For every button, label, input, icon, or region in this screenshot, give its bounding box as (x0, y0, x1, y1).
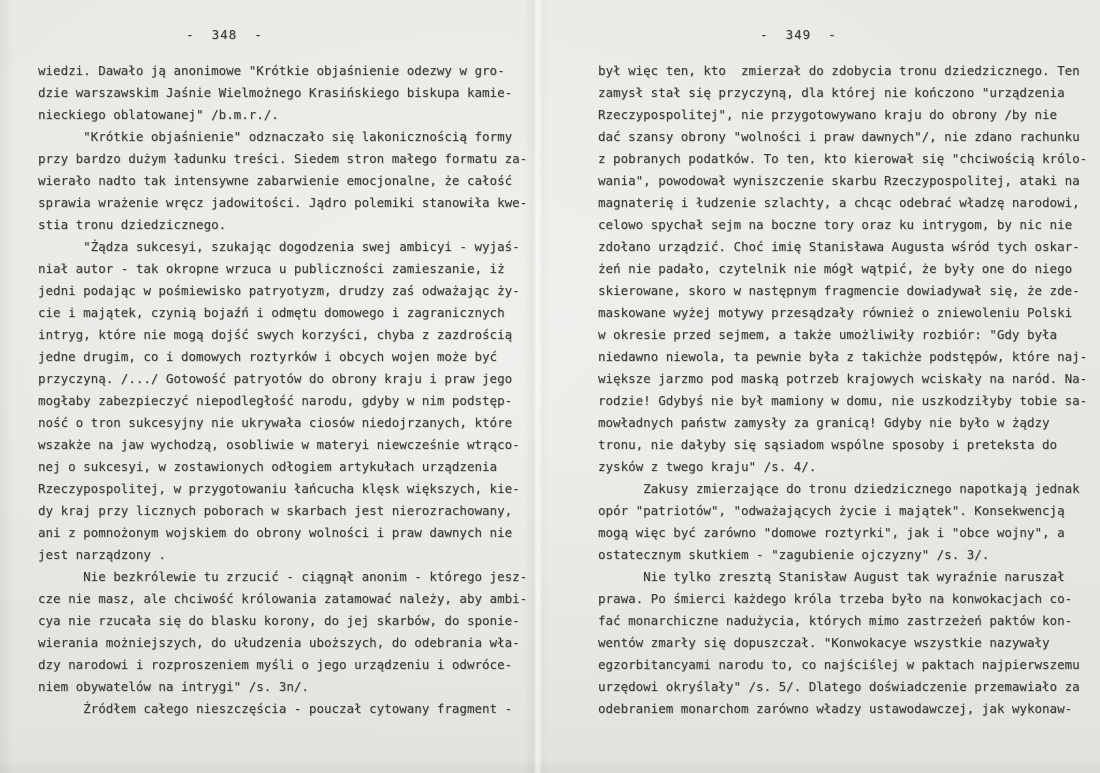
text-line: wszakże na jaw wychodzą, osobliwie w mat… (38, 434, 527, 456)
page-number-right: - 349 - (760, 27, 837, 42)
text-line: sprawia wrażenie wręcz jadowitości. Jądr… (38, 192, 527, 214)
page-fold (524, 0, 548, 773)
text-line: nieckiego oblatowanej" /b.m.r./. (38, 104, 527, 126)
text-line: tronu, nie dałyby się sąsiadom wspólne s… (598, 434, 1087, 456)
text-line: wierania możniejszych, do ułudzenia uboż… (38, 632, 527, 654)
text-line: ność o tron sukcesyjny nie ukrywała cios… (38, 412, 527, 434)
text-line: zamysł stał się przyczyną, dla której ni… (598, 82, 1087, 104)
text-line: Zakusy zmierzające do tronu dziedziczneg… (598, 478, 1087, 500)
text-line: urzędowi okryślały" /s. 5/. Dlatego dośw… (598, 676, 1087, 698)
left-edge-shadow (0, 0, 14, 773)
text-line: wania", powodował wyniszczenie skarbu Rz… (598, 170, 1087, 192)
text-line: w okresie przed sejmem, a także umożliwi… (598, 324, 1087, 346)
text-line: jedne drugim, co i domowych roztyrków i … (38, 346, 527, 368)
text-line: niem obywatelów na intrygi" /s. 3n/. (38, 676, 527, 698)
text-line: rodzie! Gdybyś nie był mamiony w domu, n… (598, 390, 1087, 412)
text-line: dać szansy obrony "wolności i praw dawny… (598, 126, 1087, 148)
text-line: cie i majątek, czynią bojaźń i odmętu do… (38, 302, 527, 324)
text-line: prawa. Po śmierci każdego króla trzeba b… (598, 588, 1087, 610)
text-line: jest narządzony . (38, 544, 527, 566)
text-line: dzie warszawskim Jaśnie Wielmożnego Kras… (38, 82, 527, 104)
text-line: niedawno niewola, ta pewnie była z takic… (598, 346, 1087, 368)
text-line: większe jarzmo pod maską potrzeb krajowy… (598, 368, 1087, 390)
text-line: ostatecznym skutkiem - "zagubienie ojczy… (598, 544, 1087, 566)
page-349-text: był więc ten, kto zmierzał do zdobycia t… (598, 60, 1087, 720)
text-line: cze nie masz, ale chciwość królowania za… (38, 588, 527, 610)
text-line: opór "patriotów", "odważających życie i … (598, 500, 1087, 522)
text-line: stia tronu dziedzicznego. (38, 214, 527, 236)
text-line: Nie tylko zresztą Stanisław August tak w… (598, 566, 1087, 588)
book-scan: - 348 - wiedzi. Dawało ją anonimowe "Kró… (0, 0, 1100, 773)
text-line: cya nie rzucała się do blasku korony, do… (38, 610, 527, 632)
text-line: wentów zmarły się dopuszczał. "Konwokacy… (598, 632, 1087, 654)
text-line: maskowane wyżej motywy przesądzały równi… (598, 302, 1087, 324)
page-348-text: wiedzi. Dawało ją anonimowe "Krótkie obj… (38, 60, 527, 720)
text-line: wierało nadto tak intensywne zabarwienie… (38, 170, 527, 192)
text-line: niał autor - tak okropne wrzuca u public… (38, 258, 527, 280)
text-line: mogą więc być zarówno "domowe roztyrki",… (598, 522, 1087, 544)
text-line: Nie bezkrólewie tu zrzucić - ciągnął ano… (38, 566, 527, 588)
text-line: był więc ten, kto zmierzał do zdobycia t… (598, 60, 1087, 82)
text-line: z pobranych podatków. To ten, kto kierow… (598, 148, 1087, 170)
text-line: intryg, które nie mogą dojść swych korzy… (38, 324, 527, 346)
text-line: ani z pomnożonym wojskiem do obrony woln… (38, 522, 527, 544)
text-line: nej o sukcesyi, w zostawionych odłogiem … (38, 456, 527, 478)
text-line: egzorbitancyami narodu to, co najściślej… (598, 654, 1087, 676)
text-line: Rzeczypospolitej, w przygotowaniu łańcuc… (38, 478, 527, 500)
page-number-left: - 348 - (186, 27, 263, 42)
text-line: Źródłem całego nieszczęścia - pouczał cy… (38, 698, 527, 720)
text-line: dy kraj przy licznych poborach w skarbac… (38, 500, 527, 522)
text-line: magnaterię i łudzenie szlachty, a chcąc … (598, 192, 1087, 214)
text-line: dzy narodowi i rozproszeniem myśli o jeg… (38, 654, 527, 676)
text-line: jedni podając w pośmiewisko patryotyzm, … (38, 280, 527, 302)
text-line: odebraniem monarchom zarówno władzy usta… (598, 698, 1087, 720)
text-line: "Żądza sukcesyi, szukając dogodzenia swe… (38, 236, 527, 258)
text-line: Rzeczypospolitej", nie przygotowywano kr… (598, 104, 1087, 126)
bottom-edge-shadow (0, 757, 1100, 773)
text-line: celowo spychał sejm na boczne tory oraz … (598, 214, 1087, 236)
text-line: "Krótkie objaśnienie" odznaczało się lak… (38, 126, 527, 148)
text-line: wiedzi. Dawało ją anonimowe "Krótkie obj… (38, 60, 527, 82)
text-line: mowładnych państw zamysły za granicą! Gd… (598, 412, 1087, 434)
text-line: przyczyną. /.../ Gotowość patryotów do o… (38, 368, 527, 390)
text-line: fać monarchiczne nadużycia, których mimo… (598, 610, 1087, 632)
text-line: żeń nie padało, czytelnik nie mógł wątpi… (598, 258, 1087, 280)
text-line: zdołano urządzić. Choć imię Stanisława A… (598, 236, 1087, 258)
text-line: skierowane, skoro w następnym fragmencie… (598, 280, 1087, 302)
text-line: mogłaby zabezpieczyć niepodległość narod… (38, 390, 527, 412)
text-line: zysków z twego kraju" /s. 4/. (598, 456, 1087, 478)
text-line: przy bardzo dużym ładunku treści. Siedem… (38, 148, 527, 170)
